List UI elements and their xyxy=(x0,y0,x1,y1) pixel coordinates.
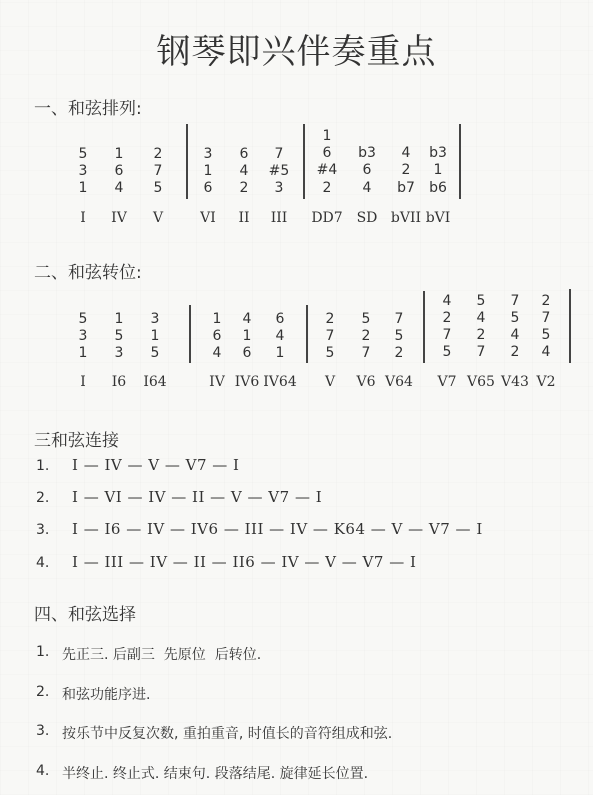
chord-note: 1 xyxy=(107,311,131,328)
chord-note: 5 xyxy=(107,328,131,345)
chord-note: b3 xyxy=(426,145,450,162)
chord-note: 2 xyxy=(318,311,342,328)
chord-note: 2 xyxy=(232,180,256,197)
chord-note: 3 xyxy=(143,311,167,328)
rule-number: 4. xyxy=(36,763,49,779)
rule-number: 2. xyxy=(36,684,49,700)
chord-note: 7 xyxy=(534,310,558,327)
barline xyxy=(189,305,191,363)
page-title: 钢琴即兴伴奏重点 xyxy=(0,24,593,73)
chord-note: 5 xyxy=(469,293,493,310)
chord-note: 2 xyxy=(469,327,493,344)
chord-note: 4 xyxy=(235,311,259,328)
barline xyxy=(459,124,461,199)
chord-note: 6 xyxy=(355,162,379,179)
rule-text: 按乐节中反复次数, 重拍重音, 时值长的音符组成和弦. xyxy=(62,723,392,743)
chord-note: 4 xyxy=(469,310,493,327)
chord-note: 5 xyxy=(318,345,342,362)
chord-label: V xyxy=(310,374,350,390)
chord-note: 4 xyxy=(107,180,131,197)
chord-label: I64 xyxy=(135,374,175,390)
chord-label: VI xyxy=(188,210,228,226)
chord-note: #5 xyxy=(267,163,291,180)
barline xyxy=(423,291,425,363)
chord-note: 1 xyxy=(315,128,339,145)
chord-note: 4 xyxy=(232,163,256,180)
chord-label: I6 xyxy=(99,374,139,390)
chord-label: III xyxy=(259,210,299,226)
chord-note: 7 xyxy=(318,328,342,345)
chord-note: 5 xyxy=(354,311,378,328)
chord-note: 1 xyxy=(426,162,450,179)
chord-note: 1 xyxy=(71,180,95,197)
chord-note: 7 xyxy=(503,293,527,310)
chord-note: 4 xyxy=(435,293,459,310)
chord-label: IV64 xyxy=(260,374,300,390)
chord-note: 3 xyxy=(267,180,291,197)
chord-note: 5 xyxy=(146,180,170,197)
chord-note: 6 xyxy=(268,311,292,328)
chord-label: V64 xyxy=(379,374,419,390)
chord-note: 6 xyxy=(232,146,256,163)
chord-note: #4 xyxy=(315,162,339,179)
section-1-heading: 一、和弦排列: xyxy=(34,94,142,119)
chord-label: bVI xyxy=(418,210,458,226)
chord-note: 5 xyxy=(71,146,95,163)
chord-note: 1 xyxy=(205,311,229,328)
rule-text: 先正三. 后副三 先原位 后转位. xyxy=(62,644,261,664)
chord-label: I xyxy=(63,210,103,226)
progression-line: I — VI — IV — II — V — V7 — I xyxy=(72,488,322,506)
chord-note: 6 xyxy=(235,345,259,362)
chord-note: b7 xyxy=(394,180,418,197)
chord-note: 4 xyxy=(503,327,527,344)
chord-note: 1 xyxy=(235,328,259,345)
chord-note: 6 xyxy=(205,328,229,345)
chord-note: 1 xyxy=(196,163,220,180)
chord-label: I xyxy=(63,374,103,390)
chord-note: 7 xyxy=(435,327,459,344)
barline xyxy=(306,305,308,363)
rule-text: 和弦功能序进. xyxy=(62,684,150,704)
chord-label: DD7 xyxy=(307,210,347,226)
chord-note: 7 xyxy=(146,163,170,180)
chord-note: 5 xyxy=(71,311,95,328)
progression-number: 3. xyxy=(36,522,49,538)
rule-number: 1. xyxy=(36,644,49,660)
chord-note: 2 xyxy=(387,345,411,362)
barline xyxy=(569,289,571,363)
chord-note: 2 xyxy=(394,162,418,179)
progression-number: 1. xyxy=(36,458,49,474)
chord-note: 4 xyxy=(394,145,418,162)
chord-note: 7 xyxy=(387,311,411,328)
chord-note: 6 xyxy=(107,163,131,180)
chord-note: 7 xyxy=(354,345,378,362)
chord-note: 2 xyxy=(435,310,459,327)
chord-label: SD xyxy=(347,210,387,226)
chord-note: 5 xyxy=(534,327,558,344)
chord-note: 1 xyxy=(107,146,131,163)
chord-note: 2 xyxy=(503,344,527,361)
chord-label: II xyxy=(224,210,264,226)
chord-note: 6 xyxy=(315,145,339,162)
chord-note: b3 xyxy=(355,145,379,162)
rule-text: 半终止. 终止式. 结束句. 段落结尾. 旋律延长位置. xyxy=(62,763,368,783)
chord-note: 4 xyxy=(355,180,379,197)
progression-number: 4. xyxy=(36,555,49,571)
chord-note: 2 xyxy=(315,180,339,197)
chord-note: 7 xyxy=(469,344,493,361)
chord-note: 1 xyxy=(143,328,167,345)
chord-note: 3 xyxy=(107,345,131,362)
progression-line: I — I6 — IV — IV6 — III — IV — K64 — V —… xyxy=(72,520,483,538)
chord-note: 7 xyxy=(267,146,291,163)
section-2-heading: 二、和弦转位: xyxy=(34,258,142,283)
chord-label: IV xyxy=(99,210,139,226)
handwritten-notes-page: 钢琴即兴伴奏重点 一、和弦排列: 5 3 1 I 1 6 4 IV 2 7 5 … xyxy=(0,0,593,795)
chord-note: 3 xyxy=(71,328,95,345)
chord-note: 4 xyxy=(268,328,292,345)
chord-note: 5 xyxy=(503,310,527,327)
progression-line: I — IV — V — V7 — I xyxy=(72,456,239,474)
section-4-heading: 四、和弦选择 xyxy=(34,600,136,625)
chord-note: 2 xyxy=(534,293,558,310)
progression-number: 2. xyxy=(36,490,49,506)
chord-note: 6 xyxy=(196,180,220,197)
chord-label: V2 xyxy=(526,374,566,390)
chord-note: 5 xyxy=(387,328,411,345)
section-3-heading: 三和弦连接 xyxy=(34,426,119,451)
chord-note: 4 xyxy=(534,344,558,361)
chord-note: 2 xyxy=(354,328,378,345)
chord-note: 4 xyxy=(205,345,229,362)
chord-note: 3 xyxy=(196,146,220,163)
chord-note: 5 xyxy=(435,344,459,361)
chord-note: 3 xyxy=(71,163,95,180)
chord-note: 1 xyxy=(71,345,95,362)
barline xyxy=(303,124,305,199)
chord-note: 5 xyxy=(143,345,167,362)
barline xyxy=(186,124,188,199)
rule-number: 3. xyxy=(36,723,49,739)
chord-note: 1 xyxy=(268,345,292,362)
chord-note: 2 xyxy=(146,146,170,163)
chord-note: b6 xyxy=(426,180,450,197)
progression-line: I — III — IV — II — II6 — IV — V — V7 — … xyxy=(72,553,416,571)
chord-label: V xyxy=(138,210,178,226)
